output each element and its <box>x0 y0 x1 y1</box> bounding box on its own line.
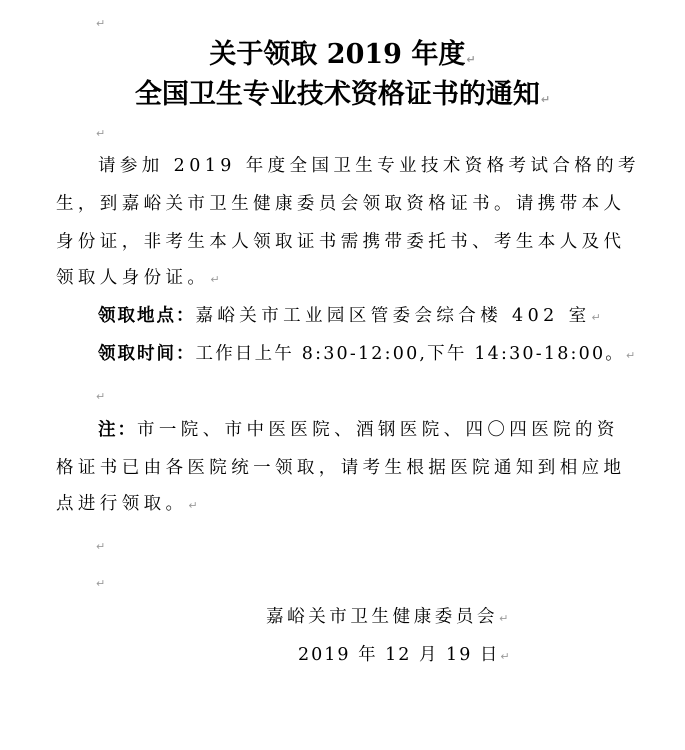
paragraph-mark-icon: ↵ <box>499 612 512 625</box>
intro-line-4: 领取人身份证。↵ <box>56 264 224 289</box>
pickup-location-label: 领取地点： <box>98 306 196 326</box>
pickup-time: 领取时间：工作日上午 8:30-12:00,下午 14:30-18:00。↵ <box>98 340 637 365</box>
paragraph-mark-icon: ↵ <box>466 53 475 66</box>
paragraph-mark-icon: ↵ <box>96 390 105 403</box>
paragraph-mark-icon: ↵ <box>96 127 105 140</box>
pickup-time-value: 工作日上午 8:30-12:00,下午 14:30-18:00。 <box>196 344 626 364</box>
intro-line-1: 请参加 2019 年度全国卫生专业技术资格考试合格的考 <box>98 152 640 177</box>
signature-date: 2019 年 12 月 19 日↵ <box>298 641 512 666</box>
empty-paragraph: ↵ <box>95 12 105 31</box>
document-title-line-1: 关于领取 2019 年度↵ <box>0 32 685 71</box>
note-line-1: 注：市一院、市中医医院、酒钢医院、四〇四医院的资 <box>98 416 619 441</box>
document-title-line-2: 全国卫生专业技术资格证书的通知↵ <box>0 72 685 111</box>
paragraph-mark-icon: ↵ <box>626 349 637 362</box>
note-line-3: 点进行领取。↵ <box>56 490 202 515</box>
paragraph-mark-icon: ↵ <box>592 311 606 324</box>
paragraph-mark-icon: ↵ <box>96 577 105 590</box>
intro-line-2: 生，到嘉峪关市卫生健康委员会领取资格证书。请携带本人 <box>56 190 625 215</box>
empty-paragraph: ↵ <box>95 122 105 141</box>
note-label: 注： <box>98 420 137 440</box>
pickup-location-value: 嘉峪关市工业园区管委会综合楼 402 室 <box>196 306 591 326</box>
paragraph-mark-icon: ↵ <box>96 17 105 30</box>
paragraph-mark-icon: ↵ <box>96 540 105 553</box>
note-line-2: 格证书已由各医院统一领取，请考生根据医院通知到相应地 <box>56 454 625 479</box>
intro-line-3: 身份证，非考生本人领取证书需携带委托书、考生本人及代 <box>56 228 625 253</box>
paragraph-mark-icon: ↵ <box>210 273 224 286</box>
note-text: 点进行领取。 <box>56 494 187 514</box>
paragraph-mark-icon: ↵ <box>188 499 202 512</box>
empty-paragraph: ↵ <box>95 572 105 591</box>
signature-organization: 嘉峪关市卫生健康委员会↵ <box>266 603 512 628</box>
note-text: 市一院、市中医医院、酒钢医院、四〇四医院的资 <box>137 420 619 440</box>
title-text: 全国卫生专业技术资格证书的通知 <box>135 79 540 110</box>
paragraph-mark-icon: ↵ <box>541 93 550 106</box>
intro-text: 领取人身份证。 <box>56 268 209 288</box>
empty-paragraph: ↵ <box>95 385 105 404</box>
title-text: 关于领取 2019 年度 <box>209 39 465 70</box>
pickup-location: 领取地点：嘉峪关市工业园区管委会综合楼 402 室↵ <box>98 302 605 327</box>
organization-text: 嘉峪关市卫生健康委员会 <box>266 607 498 627</box>
empty-paragraph: ↵ <box>95 535 105 554</box>
pickup-time-label: 领取时间： <box>98 344 196 364</box>
date-text: 2019 年 12 月 19 日 <box>298 645 499 665</box>
paragraph-mark-icon: ↵ <box>500 650 511 663</box>
